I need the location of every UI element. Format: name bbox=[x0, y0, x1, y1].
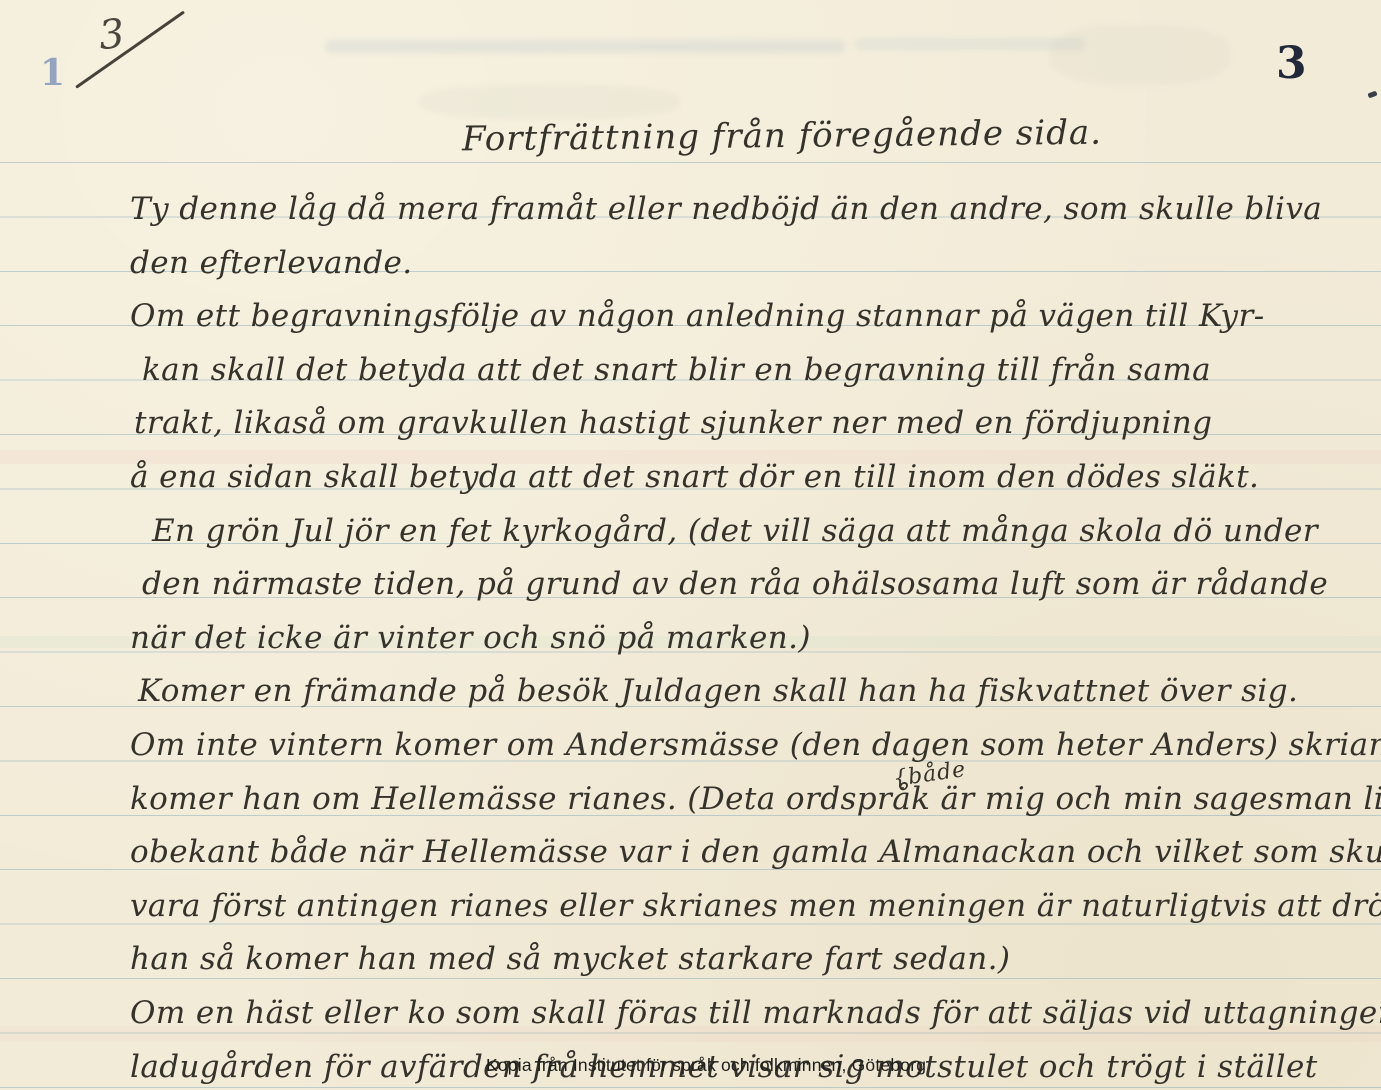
handwritten-line: den närmaste tiden, på grund av den råa … bbox=[130, 559, 1371, 613]
manuscript-page: 3 1 3 Fortfrättning från föregående sida… bbox=[0, 0, 1381, 1090]
archive-watermark: Kopia från Institutet för språk och folk… bbox=[486, 1055, 926, 1076]
handwritten-line: obekant både när Hellemässe var i den ga… bbox=[130, 827, 1371, 881]
handwritten-line: vara först antingen rianes eller skriane… bbox=[130, 881, 1371, 935]
ink-bleedthrough-smudge bbox=[1050, 25, 1230, 85]
ink-speck bbox=[1367, 91, 1377, 99]
handwritten-line: den efterlevande. bbox=[130, 238, 1371, 292]
handwritten-line: å ena sidan skall betyda att det snart d… bbox=[130, 452, 1371, 506]
handwritten-line: trakt, likaså om gravkullen hastigt sjun… bbox=[130, 398, 1371, 452]
blue-margin-mark: 1 bbox=[40, 52, 65, 94]
handwritten-line: komer han om Hellemässe rianes. (Deta or… bbox=[130, 774, 1371, 828]
handwritten-line: Komer en främande på besök Juldagen skal… bbox=[130, 666, 1371, 720]
handwritten-line: kan skall det betyda att det snart blir … bbox=[130, 345, 1371, 399]
handwritten-body: Ty denne låg då mera framåt eller nedböj… bbox=[130, 184, 1371, 1090]
ink-bleedthrough-smudge bbox=[855, 38, 1085, 50]
pencil-slash-stroke bbox=[75, 11, 185, 89]
ink-bleedthrough-smudge bbox=[325, 40, 845, 53]
handwritten-line: En grön Jul jör en fet kyrkogård, (det v… bbox=[130, 506, 1371, 560]
handwritten-line: Om en häst eller ko som skall föras till… bbox=[130, 988, 1371, 1042]
handwritten-line: Om ett begravningsfölje av någon anledni… bbox=[130, 291, 1371, 345]
ink-bleedthrough-smudge bbox=[420, 85, 680, 119]
handwritten-line: han så komer han med så mycket starkare … bbox=[130, 934, 1371, 988]
handwritten-line: Om inte vintern komer om Andersmässe (de… bbox=[130, 720, 1371, 774]
printed-page-number: 3 bbox=[1276, 38, 1307, 89]
page-heading: Fortfrättning från föregående sida. bbox=[462, 113, 1102, 160]
handwritten-line: Ty denne låg då mera framåt eller nedböj… bbox=[130, 184, 1371, 238]
handwritten-line: när det icke är vinter och snö på marken… bbox=[130, 613, 1371, 667]
